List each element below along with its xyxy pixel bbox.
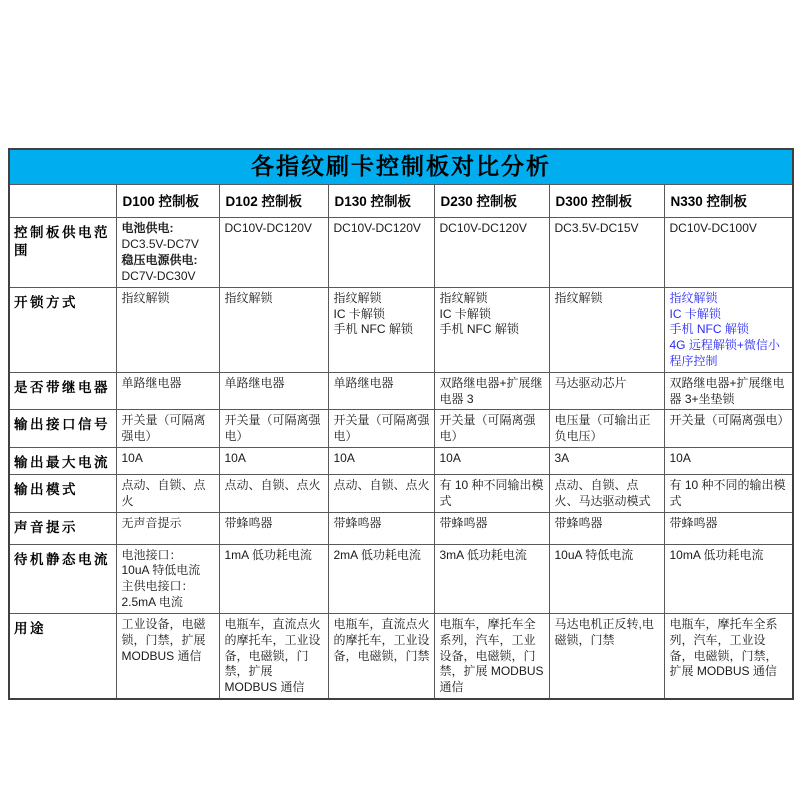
column-header-n330: N330 控制板 [664,185,793,218]
column-header-d102: D102 控制板 [219,185,328,218]
table-cell: 指纹解锁IC 卡解锁手机 NFC 解锁 [434,287,549,372]
table-cell: 双路继电器+扩展继电器 3+坐垫锁 [664,372,793,410]
cell-line: DC10V-DC100V [670,221,789,237]
table-cell: 指纹解锁IC 卡解锁手机 NFC 解锁4G 远程解锁+微信小程序控制 [664,287,793,372]
cell-line: 点动、自锁、点火 [122,478,215,510]
table-cell: 开关量（可隔离强电） [328,410,434,448]
cell-line: 电瓶车，摩托车全系列，汽车，工业设备，电磁锁，门禁，扩展 MODBUS 通信 [440,617,545,696]
cell-line: 指纹解锁 [225,291,324,307]
cell-line: 无声音提示 [122,516,215,532]
cell-line: DC3.5V-DC15V [555,221,660,237]
cell-line: 单路继电器 [225,376,324,392]
table-cell: 3A [549,448,664,475]
cell-line: 马达驱动芯片 [555,376,660,392]
cell-line: 有 10 种不同的输出模式 [670,478,789,510]
cell-line: IC 卡解锁 [670,307,789,323]
cell-line: 指纹解锁 [334,291,430,307]
cell-line: 单路继电器 [334,376,430,392]
cell-line: 点动、自锁、点火 [225,478,324,494]
cell-line: 马达电机正反转,电磁锁，门禁 [555,617,660,649]
cell-line: 10mA 低功耗电流 [670,548,789,564]
table-cell: DC10V-DC100V [664,218,793,287]
cell-line: 双路继电器+扩展继电器 3+坐垫锁 [670,376,789,408]
table-cell: DC3.5V-DC15V [549,218,664,287]
table-cell: 开关量（可隔离强电） [664,410,793,448]
cell-line: 点动、自锁、点火 [334,478,430,494]
table-cell: 双路继电器+扩展继电器 3 [434,372,549,410]
cell-line: 电瓶车，直流点火的摩托车，工业设备，电磁锁，门禁 [334,617,430,664]
cell-line: 主供电接口： [122,579,215,595]
cell-line: 电池供电: [122,221,215,237]
table-cell: 带蜂鸣器 [219,512,328,544]
table-cell: 点动、自锁、点火 [116,474,219,512]
cell-line: 电池接口： [122,548,215,564]
table-cell: 有 10 种不同的输出模式 [664,474,793,512]
corner-cell [9,185,116,218]
cell-line: 点动、自锁、点火、马达驱动模式 [555,478,660,510]
cell-line: 10A [440,451,545,467]
table-cell: 马达驱动芯片 [549,372,664,410]
row-label: 声音提示 [9,512,116,544]
table-cell: 电瓶车，直流点火的摩托车，工业设备，电磁锁，门禁，扩展 MODBUS 通信 [219,613,328,699]
table-cell: 带蜂鸣器 [549,512,664,544]
table-cell: 工业设备，电磁锁，门禁，扩展 MODBUS 通信 [116,613,219,699]
comparison-table: 各指纹刷卡控制板对比分析 D100 控制板D102 控制板D130 控制板D23… [8,148,794,700]
cell-line: 开关量（可隔离强电） [334,413,430,445]
table-cell: 3mA 低功耗电流 [434,544,549,613]
table-cell: 10A [434,448,549,475]
cell-line: 指纹解锁 [555,291,660,307]
table-cell: 带蜂鸣器 [434,512,549,544]
cell-line: 电瓶车，直流点火的摩托车，工业设备，电磁锁，门禁，扩展 MODBUS 通信 [225,617,324,696]
cell-line: 指纹解锁 [670,291,789,307]
cell-line: 3mA 低功耗电流 [440,548,545,564]
table-cell: DC10V-DC120V [328,218,434,287]
table-cell: 单路继电器 [219,372,328,410]
column-header-d130: D130 控制板 [328,185,434,218]
table-cell: 10uA 特低电流 [549,544,664,613]
table-cell: 电压量（可输出正负电压） [549,410,664,448]
cell-line: 10A [122,451,215,467]
cell-line: 双路继电器+扩展继电器 3 [440,376,545,408]
cell-line: 带蜂鸣器 [440,516,545,532]
row-label: 用途 [9,613,116,699]
table-cell: 电瓶车，直流点火的摩托车，工业设备，电磁锁，门禁 [328,613,434,699]
table-row: 控制板供电范围电池供电:DC3.5V-DC7V稳压电源供电:DC7V-DC30V… [9,218,793,287]
table-cell: 有 10 种不同输出模式 [434,474,549,512]
cell-line: 开关量（可隔离强电） [122,413,215,445]
table-cell: 指纹解锁 [116,287,219,372]
table-cell: 电瓶车，摩托车全系列，汽车，工业设备，电磁锁，门禁，扩展 MODBUS 通信 [664,613,793,699]
table-cell: 单路继电器 [116,372,219,410]
header-row: D100 控制板D102 控制板D130 控制板D230 控制板D300 控制板… [9,185,793,218]
table-row: 是否带继电器单路继电器单路继电器单路继电器双路继电器+扩展继电器 3马达驱动芯片… [9,372,793,410]
cell-line: 10A [225,451,324,467]
table-cell: 点动、自锁、点火 [328,474,434,512]
cell-line: 带蜂鸣器 [334,516,430,532]
cell-line: DC7V-DC30V [122,269,215,285]
cell-line: 开关量（可隔离强电） [670,413,789,429]
table-cell: 带蜂鸣器 [664,512,793,544]
cell-line: 电压量（可输出正负电压） [555,413,660,445]
table-cell: 点动、自锁、点火、马达驱动模式 [549,474,664,512]
table-cell: 10mA 低功耗电流 [664,544,793,613]
cell-line: DC10V-DC120V [225,221,324,237]
row-label: 开锁方式 [9,287,116,372]
cell-line: 工业设备，电磁锁，门禁，扩展 MODBUS 通信 [122,617,215,664]
cell-line: 开关量（可隔离强电） [440,413,545,445]
table-cell: 开关量（可隔离强电） [116,410,219,448]
cell-line: 有 10 种不同输出模式 [440,478,545,510]
cell-line: 电瓶车，摩托车全系列，汽车，工业设备，电磁锁，门禁，扩展 MODBUS 通信 [670,617,789,680]
cell-line: 手机 NFC 解锁 [440,322,545,338]
table-row: 开锁方式指纹解锁指纹解锁指纹解锁IC 卡解锁手机 NFC 解锁指纹解锁IC 卡解… [9,287,793,372]
column-header-d300: D300 控制板 [549,185,664,218]
cell-line: 1mA 低功耗电流 [225,548,324,564]
table-row: 输出接口信号开关量（可隔离强电）开关量（可隔离强电）开关量（可隔离强电）开关量（… [9,410,793,448]
table-cell: 单路继电器 [328,372,434,410]
table-row: 声音提示无声音提示带蜂鸣器带蜂鸣器带蜂鸣器带蜂鸣器带蜂鸣器 [9,512,793,544]
table-row: 输出模式点动、自锁、点火点动、自锁、点火点动、自锁、点火有 10 种不同输出模式… [9,474,793,512]
row-label: 待机静态电流 [9,544,116,613]
table-cell: 10A [219,448,328,475]
table-cell: 电瓶车，摩托车全系列，汽车，工业设备，电磁锁，门禁，扩展 MODBUS 通信 [434,613,549,699]
table-cell: 2mA 低功耗电流 [328,544,434,613]
table-cell: 指纹解锁 [549,287,664,372]
column-header-d230: D230 控制板 [434,185,549,218]
cell-line: DC10V-DC120V [440,221,545,237]
cell-line: 2mA 低功耗电流 [334,548,430,564]
title-row: 各指纹刷卡控制板对比分析 [9,149,793,185]
cell-line: 10uA 特低电流 [122,563,215,579]
comparison-table-wrap: 各指纹刷卡控制板对比分析 D100 控制板D102 控制板D130 控制板D23… [8,148,792,700]
table-cell: 马达电机正反转,电磁锁，门禁 [549,613,664,699]
table-cell: 10A [664,448,793,475]
row-label: 是否带继电器 [9,372,116,410]
table-cell: 电池接口：10uA 特低电流主供电接口：2.5mA 电流 [116,544,219,613]
table-row: 输出最大电流10A10A10A10A3A10A [9,448,793,475]
row-label: 控制板供电范围 [9,218,116,287]
table-cell: 开关量（可隔离强电） [219,410,328,448]
row-label: 输出接口信号 [9,410,116,448]
cell-line: 带蜂鸣器 [555,516,660,532]
table-cell: 点动、自锁、点火 [219,474,328,512]
cell-line: 带蜂鸣器 [670,516,789,532]
cell-line: 10A [334,451,430,467]
table-cell: 开关量（可隔离强电） [434,410,549,448]
table-cell: DC10V-DC120V [434,218,549,287]
table-cell: 带蜂鸣器 [328,512,434,544]
cell-line: 10A [670,451,789,467]
table-row: 待机静态电流电池接口：10uA 特低电流主供电接口：2.5mA 电流1mA 低功… [9,544,793,613]
cell-line: 开关量（可隔离强电） [225,413,324,445]
table-cell: 指纹解锁IC 卡解锁手机 NFC 解锁 [328,287,434,372]
cell-line: 2.5mA 电流 [122,595,215,611]
page-title: 各指纹刷卡控制板对比分析 [9,149,793,185]
cell-line: DC10V-DC120V [334,221,430,237]
row-label: 输出最大电流 [9,448,116,475]
cell-line: 3A [555,451,660,467]
cell-line: 单路继电器 [122,376,215,392]
table-cell: 1mA 低功耗电流 [219,544,328,613]
cell-line: 手机 NFC 解锁 [334,322,430,338]
cell-line: 稳压电源供电: [122,253,215,269]
table-cell: DC10V-DC120V [219,218,328,287]
table-cell: 10A [328,448,434,475]
cell-line: 指纹解锁 [440,291,545,307]
cell-line: 4G 远程解锁+微信小程序控制 [670,338,789,370]
row-label: 输出模式 [9,474,116,512]
column-header-d100: D100 控制板 [116,185,219,218]
cell-line: 手机 NFC 解锁 [670,322,789,338]
cell-line: IC 卡解锁 [334,307,430,323]
table-cell: 电池供电:DC3.5V-DC7V稳压电源供电:DC7V-DC30V [116,218,219,287]
cell-line: 指纹解锁 [122,291,215,307]
cell-line: 10uA 特低电流 [555,548,660,564]
table-cell: 10A [116,448,219,475]
cell-line: 带蜂鸣器 [225,516,324,532]
cell-line: DC3.5V-DC7V [122,237,215,253]
cell-line: IC 卡解锁 [440,307,545,323]
table-cell: 指纹解锁 [219,287,328,372]
table-row: 用途工业设备，电磁锁，门禁，扩展 MODBUS 通信电瓶车，直流点火的摩托车，工… [9,613,793,699]
table-cell: 无声音提示 [116,512,219,544]
